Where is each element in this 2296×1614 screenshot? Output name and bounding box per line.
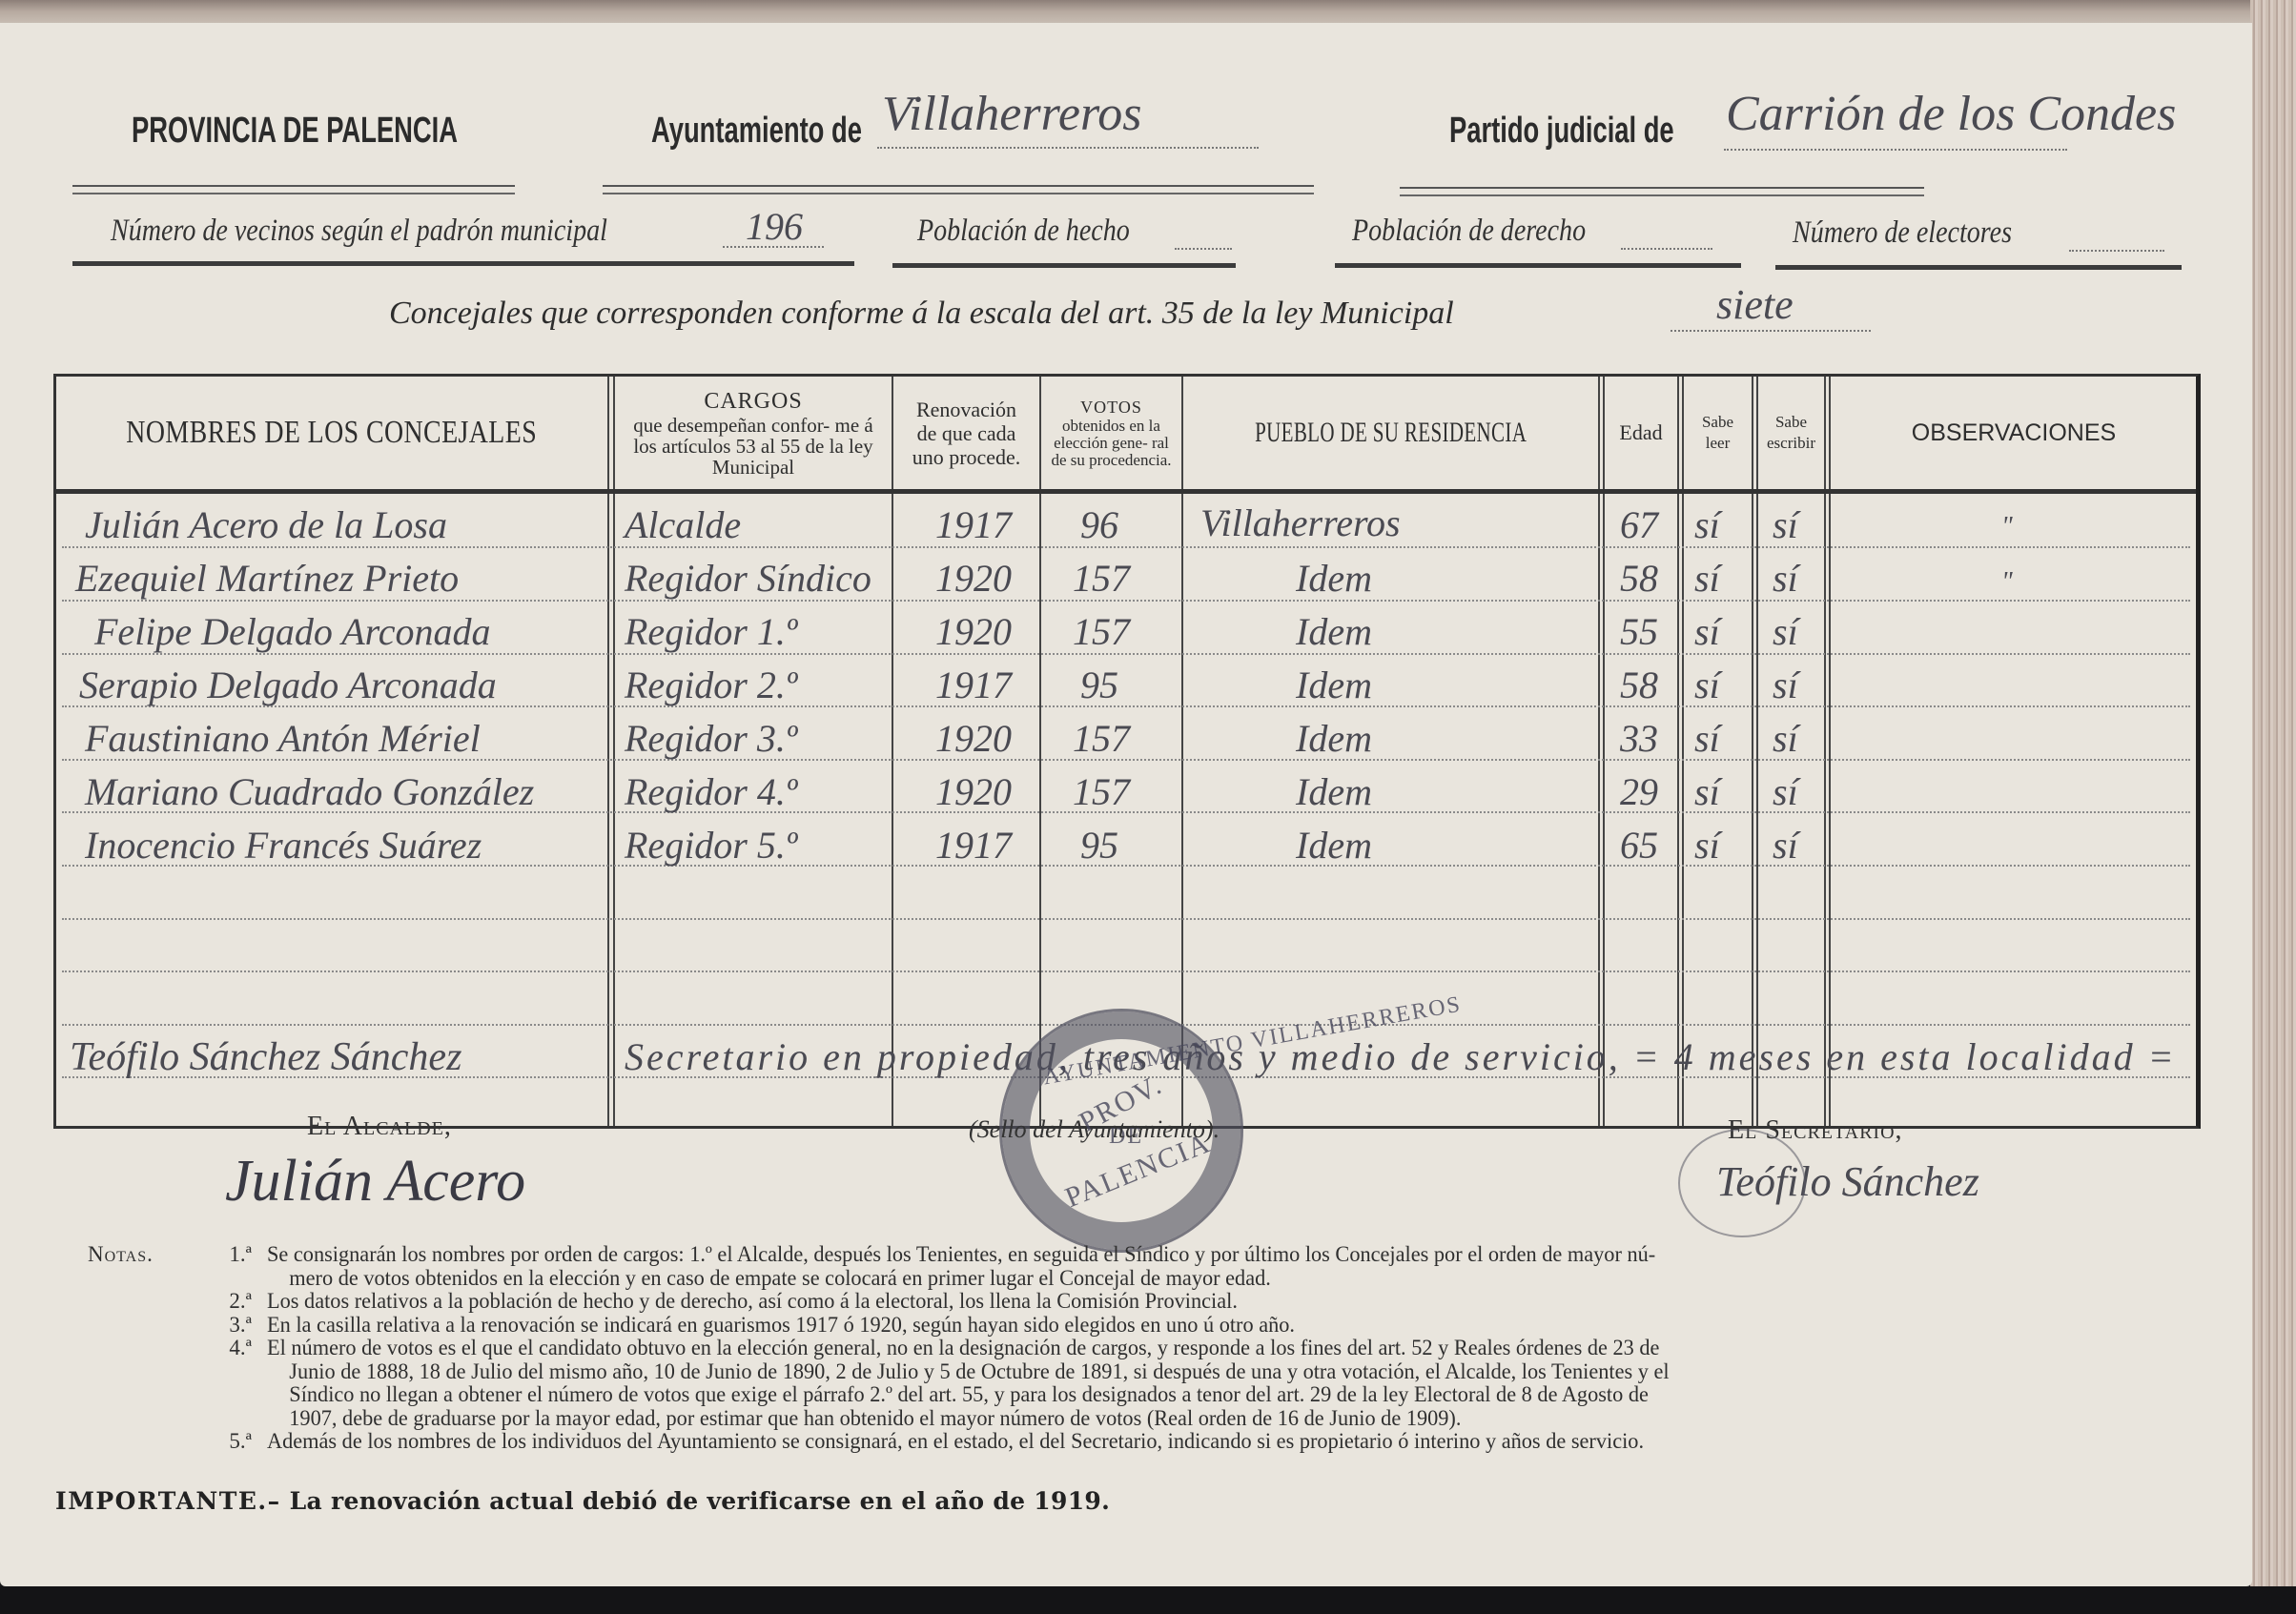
note-text: Junio de 1888, 18 de Julio del mismo año… (267, 1360, 2146, 1384)
cell-observaciones: " (2001, 560, 2013, 605)
note-text: mero de votos obtenidos en la elección y… (267, 1267, 2146, 1291)
note-text: Además de los nombres de los individuos … (267, 1430, 2146, 1454)
cell-pueblo: Idem (1296, 716, 1372, 762)
notes-section: Notas. 1.ª Se consignarán los nombres po… (88, 1243, 2204, 1454)
cell-votos: 95 (1080, 663, 1118, 708)
cell-renovacion: 1917 (935, 502, 1012, 548)
cell-renovacion: 1920 (935, 609, 1012, 655)
important-notice: IMPORTANTE.– La renovación actual debió … (55, 1487, 1110, 1515)
note-item: 5.ª Además de los nombres de los individ… (88, 1430, 2204, 1454)
note-text: Se consignarán los nombres por orden de … (267, 1243, 2146, 1267)
cell-nombre: Julián Acero de la Losa (85, 502, 447, 548)
note-text: 1907, debe de graduarse por la mayor eda… (267, 1407, 2146, 1431)
cell-renovacion: 1920 (935, 556, 1012, 602)
concejales-dots (1671, 330, 1871, 332)
cell-leer: sí (1694, 769, 1720, 815)
signature-flourish (1678, 1129, 1806, 1237)
cell-pueblo: Idem (1296, 663, 1372, 708)
col-header-text: PUEBLO DE SU RESIDENCIA (1255, 417, 1527, 449)
secretario-detalle: Secretario en propiedad, tres años y med… (625, 1034, 2177, 1080)
note-item: 3.ª En la casilla relativa a la renovaci… (88, 1314, 2204, 1338)
cell-votos: 157 (1073, 609, 1130, 655)
cell-renovacion: 1917 (935, 663, 1012, 708)
note-item: Notas. 1.ª Se consignarán los nombres po… (88, 1243, 2204, 1267)
col-header-text: Sabe leer (1699, 412, 1737, 454)
col-header-edad: Edad (1605, 377, 1677, 489)
cell-cargo: Regidor 2.º (625, 663, 797, 708)
cell-cargo: Regidor Síndico (625, 556, 871, 602)
cell-cargo: Regidor 3.º (625, 716, 797, 762)
rule (603, 185, 1314, 194)
rule (72, 185, 515, 194)
cell-pueblo: Idem (1296, 556, 1372, 602)
col-header-subtext: que desempeñan confor- me á los artículo… (620, 415, 887, 478)
cell-escribir: sí (1773, 769, 1798, 815)
cell-votos: 157 (1073, 769, 1130, 815)
col-header-nombres: NOMBRES DE LOS CONCEJALES (56, 377, 607, 489)
poblacion-derecho-label: Población de derecho (1352, 214, 1586, 249)
alcalde-signature: Julián Acero (225, 1148, 525, 1216)
important-text: La renovación actual debió de verificars… (290, 1487, 1110, 1515)
col-header-subtext: obtenidos en la elección gene- ral de su… (1050, 418, 1174, 469)
col-header-text: VOTOS (1080, 398, 1142, 418)
note-continuation: 1907, debe de graduarse por la mayor eda… (88, 1407, 2204, 1431)
cell-leer: sí (1694, 556, 1720, 602)
rule (1400, 187, 1924, 196)
col-header-text: NOMBRES DE LOS CONCEJALES (127, 415, 538, 451)
cell-nombre: Inocencio Francés Suárez (85, 823, 482, 868)
cell-votos: 157 (1073, 556, 1130, 602)
note-text: En la casilla relativa a la renovación s… (267, 1314, 2146, 1338)
header-separator (56, 489, 2196, 494)
notes-heading: Notas. (88, 1243, 202, 1267)
cell-votos: 96 (1080, 502, 1118, 548)
col-header-text: Sabe escribir (1763, 412, 1820, 454)
cell-votos: 157 (1073, 716, 1130, 762)
cell-escribir: sí (1773, 663, 1798, 708)
electores-dots (2069, 250, 2164, 252)
note-continuation: Síndico no llegan a obtener el número de… (88, 1383, 2204, 1407)
cell-renovacion: 1920 (935, 716, 1012, 762)
note-text: Los datos relativos a la población de he… (267, 1290, 2146, 1314)
cell-leer: sí (1694, 502, 1720, 548)
book-edge-right (2250, 0, 2296, 1614)
electores-label: Número de electores (1793, 215, 2012, 251)
cell-escribir: sí (1773, 502, 1798, 548)
col-header-text: Edad (1619, 420, 1662, 445)
note-continuation: mero de votos obtenidos en la elección y… (88, 1267, 2204, 1291)
cell-leer: sí (1694, 716, 1720, 762)
cell-leer: sí (1694, 663, 1720, 708)
cell-escribir: sí (1773, 609, 1798, 655)
cell-escribir: sí (1773, 556, 1798, 602)
col-header-sabe-escribir: Sabe escribir (1758, 377, 1824, 489)
cell-nombre: Mariano Cuadrado González (85, 769, 534, 815)
cell-pueblo: Idem (1296, 823, 1372, 868)
cell-observaciones: " (2001, 504, 2013, 550)
note-number: 1.ª (202, 1243, 267, 1267)
col-header-text: Renovación de que cada uno procede. (910, 398, 1024, 469)
sello-label: (Sello del Ayuntamiento). (969, 1115, 1220, 1144)
cell-leer: sí (1694, 609, 1720, 655)
cell-renovacion: 1917 (935, 823, 1012, 868)
col-header-text: CARGOS (704, 389, 802, 415)
cell-edad: 29 (1620, 769, 1658, 815)
row-rule (62, 918, 2190, 920)
note-text: El número de votos es el que el candidat… (267, 1337, 2146, 1360)
rule (1775, 265, 2182, 270)
cell-nombre: Felipe Delgado Arconada (94, 609, 490, 655)
ayuntamiento-label: Ayuntamiento de (651, 111, 862, 152)
partido-value: Carrión de los Condes (1726, 86, 2176, 142)
document-page: PROVINCIA DE PALENCIA Ayuntamiento de Vi… (0, 23, 2252, 1586)
rule (72, 261, 854, 266)
concejales-count-value: siete (1716, 280, 1794, 329)
cell-edad: 58 (1620, 663, 1658, 708)
cell-pueblo: Idem (1296, 769, 1372, 815)
col-header-renovacion: Renovación de que cada uno procede. (893, 377, 1039, 489)
cell-nombre: Ezequiel Martínez Prieto (75, 556, 459, 602)
rule (892, 263, 1236, 268)
poblacion-hecho-label: Población de hecho (917, 214, 1130, 249)
cell-edad: 55 (1620, 609, 1658, 655)
cell-pueblo: Villaherreros (1200, 501, 1401, 546)
partido-dots (1724, 149, 2067, 151)
cell-nombre: Faustiniano Antón Mériel (85, 716, 481, 762)
note-number: 2.ª (202, 1290, 267, 1314)
vecinos-label: Número de vecinos según el padrón munici… (111, 214, 607, 249)
cell-pueblo: Idem (1296, 609, 1372, 655)
ayuntamiento-dots (877, 147, 1259, 149)
cell-leer: sí (1694, 823, 1720, 868)
important-label: IMPORTANTE.– (55, 1487, 281, 1515)
cell-edad: 65 (1620, 823, 1658, 868)
col-header-observaciones: OBSERVACIONES (1831, 377, 2197, 489)
cell-nombre: Serapio Delgado Arconada (79, 663, 497, 708)
partido-label: Partido judicial de (1449, 111, 1674, 152)
province-title: PROVINCIA DE PALENCIA (132, 111, 458, 152)
note-item: 4.ª El número de votos es el que el cand… (88, 1337, 2204, 1360)
concejales-count-label: Concejales que corresponden conforme á l… (389, 296, 1454, 332)
cell-edad: 67 (1620, 502, 1658, 548)
note-item: 2.ª Los datos relativos a la población d… (88, 1290, 2204, 1314)
row-rule (62, 970, 2190, 972)
note-number: 3.ª (202, 1314, 267, 1338)
derecho-dots (1621, 248, 1712, 250)
col-header-pueblo: PUEBLO DE SU RESIDENCIA (1183, 377, 1598, 489)
rule (1335, 263, 1741, 268)
cell-cargo: Regidor 5.º (625, 823, 797, 868)
cell-escribir: sí (1773, 823, 1798, 868)
note-number: 4.ª (202, 1337, 267, 1360)
cell-edad: 58 (1620, 556, 1658, 602)
cell-edad: 33 (1620, 716, 1658, 762)
col-header-votos: VOTOS obtenidos en la elección gene- ral… (1041, 377, 1181, 489)
col-header-cargos: CARGOS que desempeñan confor- me á los a… (615, 377, 892, 489)
cell-cargo: Regidor 4.º (625, 769, 797, 815)
cell-cargo: Regidor 1.º (625, 609, 797, 655)
cell-renovacion: 1920 (935, 769, 1012, 815)
cell-escribir: sí (1773, 716, 1798, 762)
note-text: Síndico no llegan a obtener el número de… (267, 1383, 2146, 1407)
col-header-sabe-leer: Sabe leer (1684, 377, 1752, 489)
secretario-nombre: Teófilo Sánchez Sánchez (70, 1034, 461, 1080)
note-number: 5.ª (202, 1430, 267, 1454)
alcalde-label: El Alcalde, (307, 1112, 452, 1142)
background-shadow (0, 1586, 2296, 1614)
note-continuation: Junio de 1888, 18 de Julio del mismo año… (88, 1360, 2204, 1384)
col-header-text: OBSERVACIONES (1912, 419, 2116, 447)
cell-cargo: Alcalde (625, 502, 741, 548)
hecho-dots (1175, 248, 1232, 250)
ayuntamiento-value: Villaherreros (882, 86, 1142, 142)
vecinos-value: 196 (746, 204, 803, 249)
cell-votos: 95 (1080, 823, 1118, 868)
